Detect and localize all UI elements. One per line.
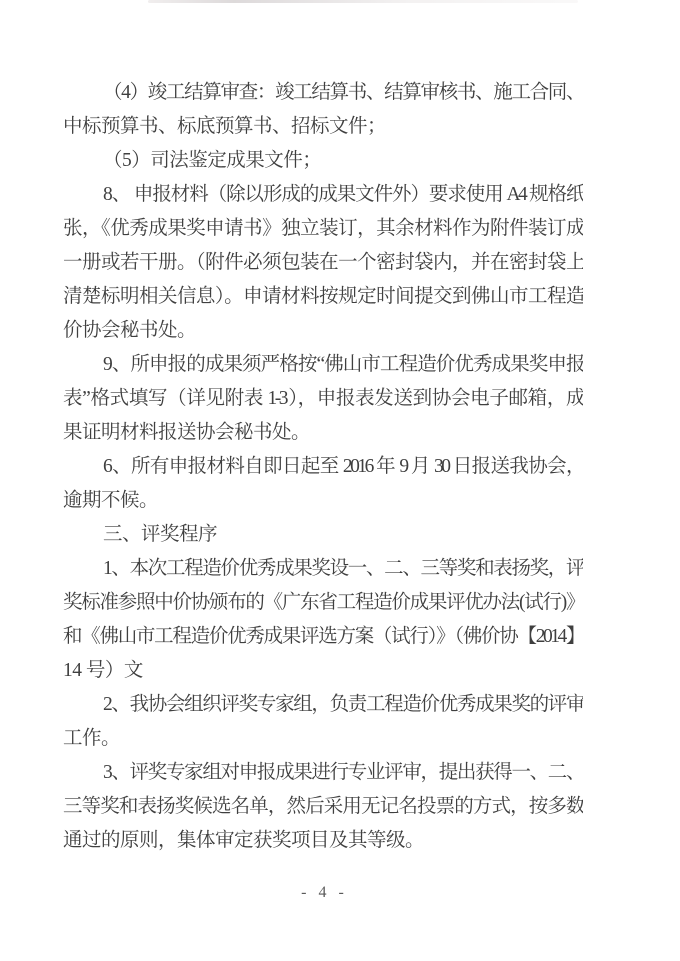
scan-artifact-top <box>148 0 578 3</box>
text-line: 和《佛山市工程造价优秀成果评选方案（试行）》（佛价协【2014】 <box>63 620 583 654</box>
text-line: 清楚标明相关信息）。申请材料按规定时间提交到佛山市工程造 <box>63 280 583 314</box>
text-line: 奖标准参照中价协颁布的《广东省工程造价成果评优办法(试行)》 <box>63 586 583 620</box>
text-line: 2、我协会组织评奖专家组，负责工程造价优秀成果奖的评审 <box>63 688 583 722</box>
text-line: 三等奖和表扬奖候选名单，然后采用无记名投票的方式，按多数 <box>63 790 583 824</box>
text-line: 果证明材料报送协会秘书处。 <box>63 416 583 450</box>
page-number: - 4 - <box>63 883 583 903</box>
text-line: 8、 申报材料（除以形成的成果文件外）要求使用 A4 规格纸 <box>63 178 583 212</box>
text-line: 张，《优秀成果奖申请书》独立装订，其余材料作为附件装订成 <box>63 212 583 246</box>
text-line: 9、所申报的成果须严格按“佛山市工程造价优秀成果奖申报 <box>63 348 583 382</box>
text-line: 6、所有申报材料自即日起至 2016 年 9 月 30 日报送我协会， <box>63 450 583 484</box>
text-line: （5）司法鉴定成果文件； <box>63 144 583 178</box>
document-body: （4）竣工结算审查：竣工结算书、结算审核书、施工合同、中标预算书、标底预算书、招… <box>63 76 583 858</box>
document-page: （4）竣工结算审查：竣工结算书、结算审核书、施工合同、中标预算书、标底预算书、招… <box>0 0 680 961</box>
text-line: 中标预算书、标底预算书、招标文件； <box>63 110 583 144</box>
text-line: 通过的原则，集体审定获奖项目及其等级。 <box>63 824 583 858</box>
text-line: 一册或若干册。（附件必须包装在一个密封袋内，并在密封袋上 <box>63 246 583 280</box>
text-line: 1、本次工程造价优秀成果奖设一、二、三等奖和表扬奖，评 <box>63 552 583 586</box>
text-line: 工作。 <box>63 722 583 756</box>
text-line: 表”格式填写（详见附表 1-3），申报表发送到协会电子邮箱，成 <box>63 382 583 416</box>
text-line: 逾期不候。 <box>63 484 583 518</box>
text-line: 三、评奖程序 <box>63 518 583 552</box>
text-line: 3、评奖专家组对申报成果进行专业评审，提出获得一、二、 <box>63 756 583 790</box>
text-line: 价协会秘书处。 <box>63 314 583 348</box>
text-line: 14 号）文 <box>63 654 583 688</box>
text-line: （4）竣工结算审查：竣工结算书、结算审核书、施工合同、 <box>63 76 583 110</box>
